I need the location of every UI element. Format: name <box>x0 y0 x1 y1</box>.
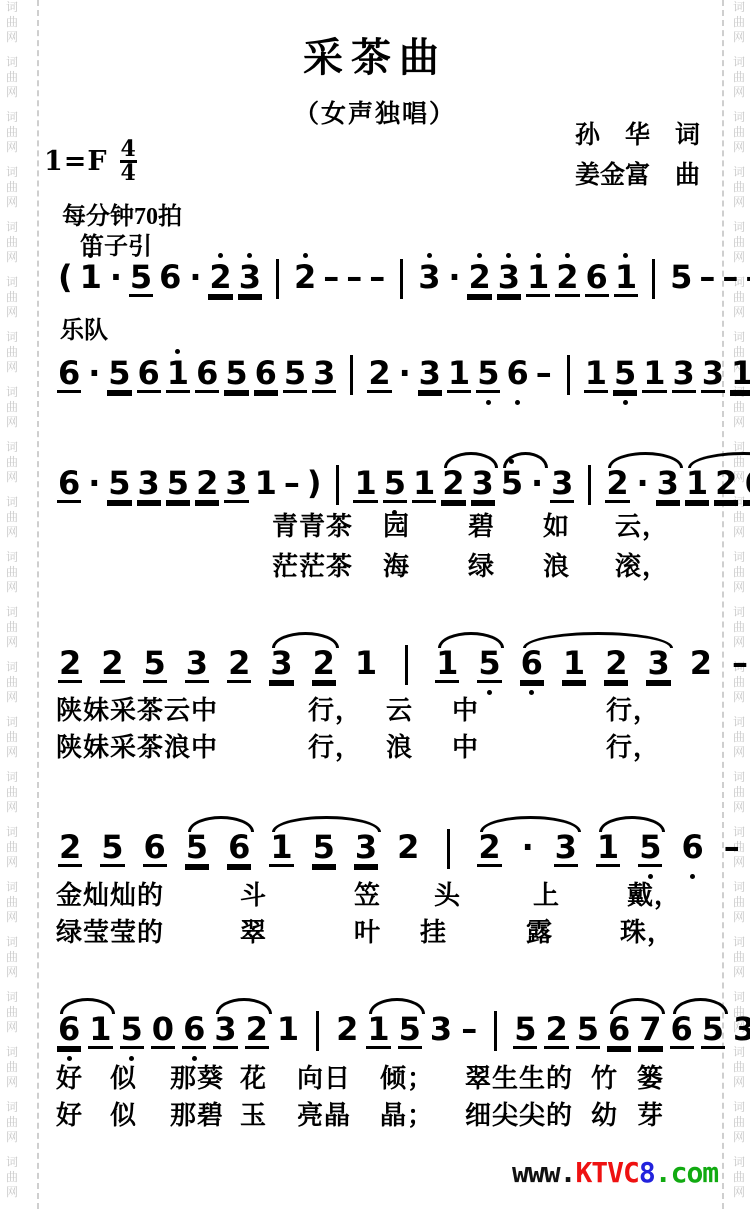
lyric-segment: 翠 <box>240 912 267 949</box>
watermark-text: 词曲网 <box>3 1155 21 1200</box>
note-token: 6 <box>137 346 161 404</box>
note-token: 6 <box>195 346 219 404</box>
note-token: ( <box>57 250 74 308</box>
note-token: 2 <box>293 250 317 308</box>
music-line-5: 2565615322·3156– <box>58 820 750 878</box>
lyric-segment: 亮晶 <box>297 1095 351 1132</box>
note-token: 0 <box>151 1002 175 1060</box>
sheet-music-page: 词曲网词曲网词曲网词曲网词曲网词曲网词曲网词曲网词曲网词曲网词曲网词曲网词曲网词… <box>0 0 750 1209</box>
note-token: 5 <box>283 346 307 404</box>
note-token: 1 <box>412 456 436 514</box>
note-token: 2 <box>208 250 232 308</box>
note-token: 2 <box>195 456 219 514</box>
lyric-segment: 金灿灿的 <box>56 875 164 912</box>
left-dashed-border <box>37 0 39 1209</box>
lyric-segment: 篓 <box>637 1058 664 1095</box>
note-token: 1 <box>614 250 638 308</box>
lyric-segment: 露 <box>526 912 553 949</box>
watermark-text: 词曲网 <box>3 825 21 870</box>
note-token: 6 <box>182 1002 206 1060</box>
slur-arc <box>272 816 381 832</box>
watermark-text: 词曲网 <box>3 770 21 815</box>
dash-token: – <box>368 250 386 308</box>
note-token: 5 <box>476 346 500 404</box>
song-title: 采茶曲 <box>0 26 750 83</box>
barline <box>494 1011 497 1051</box>
url-part: KTVC <box>575 1156 638 1189</box>
watermark-text: 词曲网 <box>3 385 21 430</box>
watermark-text: 词曲网 <box>3 605 21 650</box>
lyric-segment: 中 <box>452 727 479 764</box>
lyric-segment: 头 <box>434 875 461 912</box>
music-line-4: 225323211561232– <box>58 636 750 694</box>
note-token: 3 <box>185 636 209 694</box>
music-line-1: (1·56·232–––3·2312615––– <box>57 250 750 308</box>
lyric-segment: 芽 <box>637 1095 664 1132</box>
lyric-segment: 陕妹采茶云中 <box>56 690 218 727</box>
dash-token: – <box>345 250 363 308</box>
note-token: 2 <box>689 636 713 694</box>
lyric-segment: 幼 <box>591 1095 618 1132</box>
note-token: 2 <box>467 250 491 308</box>
watermark-text: 词曲网 <box>730 550 748 595</box>
lyric-segment: 海 <box>383 546 410 583</box>
barline <box>652 259 655 299</box>
note-token: 3 <box>732 1002 750 1060</box>
lyric-segment: 如 <box>543 506 570 543</box>
watermark-text: 词曲网 <box>730 770 748 815</box>
note-token: 3 <box>672 346 696 404</box>
watermark-text: 词曲网 <box>3 275 21 320</box>
watermark-text: 词曲网 <box>3 660 21 705</box>
lyric-segment: 上 <box>533 875 560 912</box>
slur-arc <box>272 632 339 648</box>
lyric-segment: 绿 <box>468 546 495 583</box>
barline <box>400 259 403 299</box>
slur-arc <box>444 452 498 468</box>
lyric-segment: 云 <box>386 690 413 727</box>
note-token: 2 <box>58 820 82 878</box>
slur-arc <box>599 816 665 832</box>
lyric-segment: 向日 <box>297 1058 351 1095</box>
lyric-segment: 茫茫茶 <box>272 546 353 583</box>
music-line-2: 6·561656532·3156–1513312615 <box>57 346 750 404</box>
url-part: .com <box>655 1156 718 1189</box>
note-token: 1 <box>353 456 377 514</box>
note-token: 3 <box>238 250 262 308</box>
note-token: 6 <box>57 346 81 404</box>
watermark-text: 词曲网 <box>3 165 21 210</box>
url-part: www. <box>512 1156 575 1189</box>
slur-arc <box>610 998 665 1014</box>
note-token: 1 <box>276 1002 300 1060</box>
note-token: 6 <box>143 820 167 878</box>
note-token: 3 <box>429 1002 453 1060</box>
dash-token: – <box>723 820 741 878</box>
watermark-text: 词曲网 <box>3 715 21 760</box>
slur-arc <box>188 816 254 832</box>
watermark-text: 词曲网 <box>3 935 21 980</box>
watermark-text: 词曲网 <box>730 715 748 760</box>
note-token: 5 <box>166 456 190 514</box>
note-token: 1 <box>526 250 550 308</box>
lyric-segment: 好 <box>56 1058 83 1095</box>
slur-arc <box>369 998 425 1014</box>
watermark-text: 词曲网 <box>3 495 21 540</box>
dot-token: · <box>187 250 203 308</box>
site-url: www.KTVC8.com <box>512 1156 718 1189</box>
note-token: 3 <box>137 456 161 514</box>
lyric-segment: 挂 <box>420 912 447 949</box>
slur-arc <box>480 816 581 832</box>
note-token: 1 <box>730 346 750 404</box>
lyric-segment: 浪 <box>543 546 570 583</box>
lyric-segment: 碧 <box>468 506 495 543</box>
watermark-text: 词曲网 <box>730 165 748 210</box>
watermark-text: 词曲网 <box>3 550 21 595</box>
note-token: 5 <box>120 1002 144 1060</box>
slur-arc <box>503 452 548 468</box>
lyric-segment: 浪 <box>386 727 413 764</box>
lyric-segment: 云， <box>615 506 669 543</box>
note-token: 3 <box>312 346 336 404</box>
note-token: 5 <box>576 1002 600 1060</box>
watermark-text: 词曲网 <box>3 1100 21 1145</box>
lyric-segment: 细尖尖的 <box>465 1095 573 1132</box>
dash-token: – <box>535 346 553 404</box>
lyric-segment: 行， <box>606 727 660 764</box>
lyric-segment: 园 <box>383 506 410 543</box>
lyric-segment: 似 <box>110 1058 137 1095</box>
url-part: 8 <box>639 1156 655 1189</box>
note-token: 6 <box>254 346 278 404</box>
note-token: 5 <box>143 636 167 694</box>
barline <box>405 645 408 685</box>
barline <box>350 355 353 395</box>
note-token: 6 <box>57 456 81 514</box>
dash-token: – <box>460 1002 478 1060</box>
note-token: 5 <box>107 346 131 404</box>
note-token: 5 <box>129 250 153 308</box>
lyric-segment: 似 <box>110 1095 137 1132</box>
lyric-segment: 那碧 <box>170 1095 224 1132</box>
dash-token: – <box>698 250 716 308</box>
lyric-segment: 好 <box>56 1095 83 1132</box>
lyric-segment: 笠 <box>354 875 381 912</box>
note-token: 3 <box>418 346 442 404</box>
note-token: 2 <box>58 636 82 694</box>
note-token: 1 <box>79 250 103 308</box>
note-token: 2 <box>100 636 124 694</box>
note-token: 1 <box>642 346 666 404</box>
note-token: 5 <box>669 250 693 308</box>
slur-arc <box>216 998 272 1014</box>
note-token: 6 <box>680 820 704 878</box>
dash-token: – <box>322 250 340 308</box>
lyricist-credit: 孙 华 词 <box>575 116 700 156</box>
watermark-text: 词曲网 <box>3 220 21 265</box>
lyric-segment: 行， <box>308 690 362 727</box>
note-token: 3 <box>417 250 441 308</box>
time-denominator: 4 <box>120 164 135 183</box>
note-token: 2 <box>335 1002 359 1060</box>
dot-token: · <box>446 250 462 308</box>
slur-arc <box>523 632 673 648</box>
lyric-segment: 竹 <box>591 1058 618 1095</box>
key-signature: 1=F 4 4 <box>44 140 137 183</box>
lyric-segment: 中 <box>452 690 479 727</box>
note-token: 5 <box>100 820 124 878</box>
watermark-text: 词曲网 <box>3 990 21 1035</box>
barline <box>567 355 570 395</box>
note-token: 3 <box>224 456 248 514</box>
note-token: 2 <box>227 636 251 694</box>
note-token: 5 <box>613 346 637 404</box>
watermark-text: 词曲网 <box>3 880 21 925</box>
lyric-segment: 晶； <box>380 1095 434 1132</box>
note-token: 5 <box>224 346 248 404</box>
dash-token: – <box>731 636 749 694</box>
time-signature: 4 4 <box>120 140 137 183</box>
note-token: 6 <box>505 346 529 404</box>
key-text: 1=F <box>44 146 108 177</box>
dash-token: – <box>744 250 750 308</box>
note-token: 2 <box>555 250 579 308</box>
band-label: 乐队 <box>60 310 108 345</box>
barline <box>588 465 591 505</box>
lyric-segment: 滚， <box>615 546 669 583</box>
dot-token: · <box>86 346 102 404</box>
note-token: 2 <box>544 1002 568 1060</box>
lyric-segment: 花 <box>240 1058 267 1095</box>
dash-token: – <box>721 250 739 308</box>
lyric-segment: 行， <box>308 727 362 764</box>
dot-token: · <box>86 456 102 514</box>
barline <box>447 829 450 869</box>
slur-arc <box>438 632 504 648</box>
lyric-segment: 那葵 <box>170 1058 224 1095</box>
note-token: 5 <box>107 456 131 514</box>
note-token: 3 <box>701 346 725 404</box>
lyric-segment: 行， <box>606 690 660 727</box>
slur-arc <box>60 998 115 1014</box>
watermark-text: 词曲网 <box>3 440 21 485</box>
lyric-segment: 青青茶 <box>272 506 353 543</box>
dot-token: · <box>397 346 413 404</box>
note-token: 1 <box>166 346 190 404</box>
slur-arc <box>688 452 750 468</box>
left-watermark-column: 词曲网词曲网词曲网词曲网词曲网词曲网词曲网词曲网词曲网词曲网词曲网词曲网词曲网词… <box>3 0 21 1209</box>
note-token: 6 <box>585 250 609 308</box>
lyric-segment: 翠生生的 <box>465 1058 573 1095</box>
lyric-segment: 玉 <box>240 1095 267 1132</box>
watermark-text: 词曲网 <box>3 330 21 375</box>
watermark-text: 词曲网 <box>730 1100 748 1145</box>
dot-token: · <box>108 250 124 308</box>
note-token: 1 <box>354 636 378 694</box>
note-token: 5 <box>513 1002 537 1060</box>
barline <box>316 1011 319 1051</box>
watermark-text: 词曲网 <box>730 935 748 980</box>
watermark-text: 词曲网 <box>3 1045 21 1090</box>
note-token: 1 <box>584 346 608 404</box>
note-token: 2 <box>396 820 420 878</box>
slur-arc <box>673 998 728 1014</box>
slur-arc <box>608 452 683 468</box>
lyric-segment: 陕妹采茶浪中 <box>56 727 218 764</box>
lyric-segment: 绿莹莹的 <box>56 912 164 949</box>
music-line-6: 615063212153–52567653 <box>57 1002 750 1060</box>
time-numerator: 4 <box>120 140 135 159</box>
watermark-text: 词曲网 <box>730 880 748 925</box>
note-token: 6 <box>158 250 182 308</box>
lyric-segment: 戴， <box>627 875 681 912</box>
note-token: 2 <box>367 346 391 404</box>
watermark-text: 词曲网 <box>730 1155 748 1200</box>
barline <box>276 259 279 299</box>
credits: 孙 华 词 姜金富 曲 <box>575 116 700 196</box>
lyric-segment: 珠， <box>620 912 674 949</box>
lyric-segment: 叶 <box>354 912 381 949</box>
barline <box>336 465 339 505</box>
lyric-segment: 斗 <box>240 875 267 912</box>
composer-credit: 姜金富 曲 <box>575 156 700 196</box>
note-token: 1 <box>447 346 471 404</box>
note-token: 3 <box>497 250 521 308</box>
lyric-segment: 倾； <box>380 1058 434 1095</box>
